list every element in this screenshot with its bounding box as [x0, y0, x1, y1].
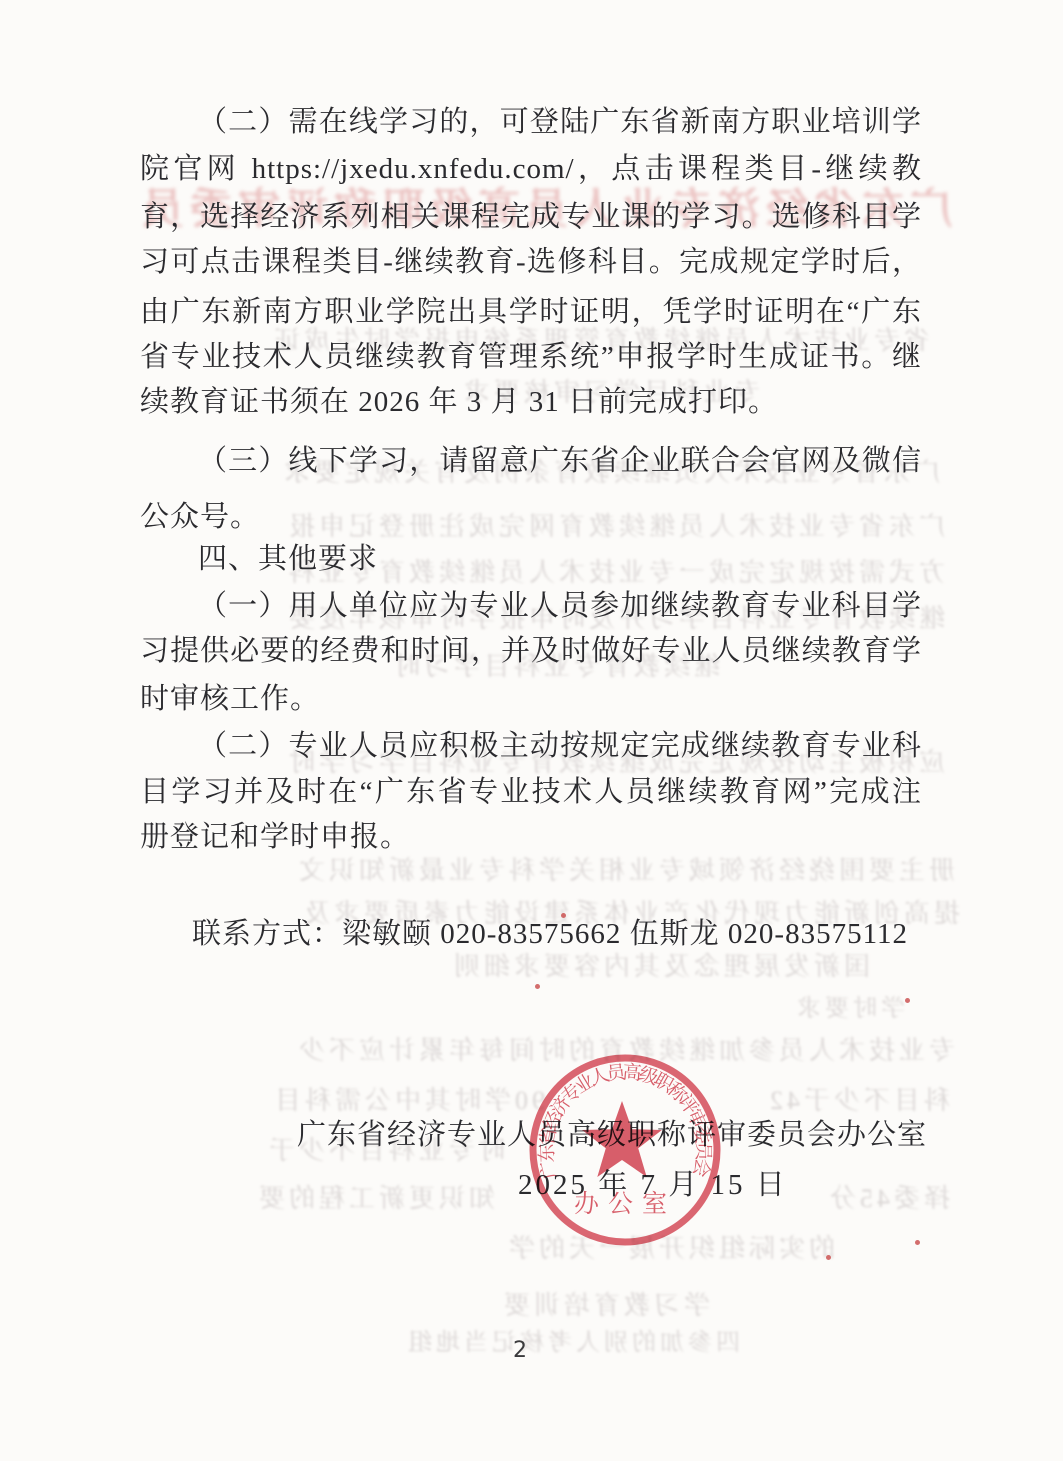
- document-page: 广东省经济专业人员高级职称评审委员会文件省专业技术人员继续教育管理系统申报学时生…: [0, 0, 1063, 1461]
- red-speck: [915, 1240, 920, 1245]
- text-line: 育，选择经济系列相关课程完成专业课的学习。选修科目学: [140, 194, 922, 240]
- red-speck: [905, 998, 910, 1003]
- seal-star: [582, 1101, 662, 1177]
- text-line: （三）线下学习，请留意广东省企业联合会官网及微信: [140, 438, 922, 484]
- text-line: （二）专业人员应积极主动按规定完成继续教育专业科: [140, 723, 922, 769]
- text-line: 由广东新南方职业学院出具学时证明，凭学时证明在“广东: [140, 289, 922, 335]
- red-speck: [826, 1255, 831, 1260]
- text-line: 习可点击课程类目-继续教育-选修科目。完成规定学时后，: [140, 239, 922, 285]
- bleedthrough-line: 学时要求: [760, 988, 905, 1023]
- text-line: 省专业技术人员继续教育管理系统”申报学时生成证书。继: [140, 334, 922, 380]
- text-line: 册登记和学时申报。: [140, 814, 922, 860]
- text-line: 续教育证书须在 2026 年 3 月 31 日前完成打印。: [140, 379, 922, 425]
- text-line: 习提供必要的经费和时间，并及时做好专业人员继续教育学: [140, 628, 922, 674]
- text-line: 时审核工作。: [140, 676, 922, 722]
- bleedthrough-line: 知识更新工程的要: [145, 1178, 495, 1215]
- text-line: （二）需在线学习的，可登陆广东省新南方职业培训学: [140, 99, 922, 145]
- page-number: 2: [505, 1338, 535, 1363]
- text-line: 四、其他要求: [140, 536, 922, 582]
- seal-bottom-text: 办公室: [574, 1190, 676, 1218]
- text-line: 院官网 https://jxedu.xnfedu.com/，点击课程类目-继续教: [140, 146, 922, 192]
- bleedthrough-line: 四参加的别人考核记当地组: [360, 1322, 740, 1357]
- bleedthrough-line: 学习教育培训要: [420, 1285, 710, 1322]
- text-line: 公众号。: [140, 494, 922, 540]
- bleedthrough-line: 择委45分: [780, 1178, 950, 1215]
- official-seal: 广东省经济专业人员高级职称评审委员会 办公室: [525, 1050, 725, 1250]
- contact-line: 联系方式：梁敏颐 020-83575662 伍斯龙 020-83575112: [192, 911, 908, 952]
- text-line: （一）用人单位应为专业人员参加继续教育专业科目学: [140, 583, 922, 629]
- text-line: 目学习并及时在“广东省专业技术人员继续教育网”完成注: [140, 769, 922, 815]
- red-speck: [535, 984, 540, 989]
